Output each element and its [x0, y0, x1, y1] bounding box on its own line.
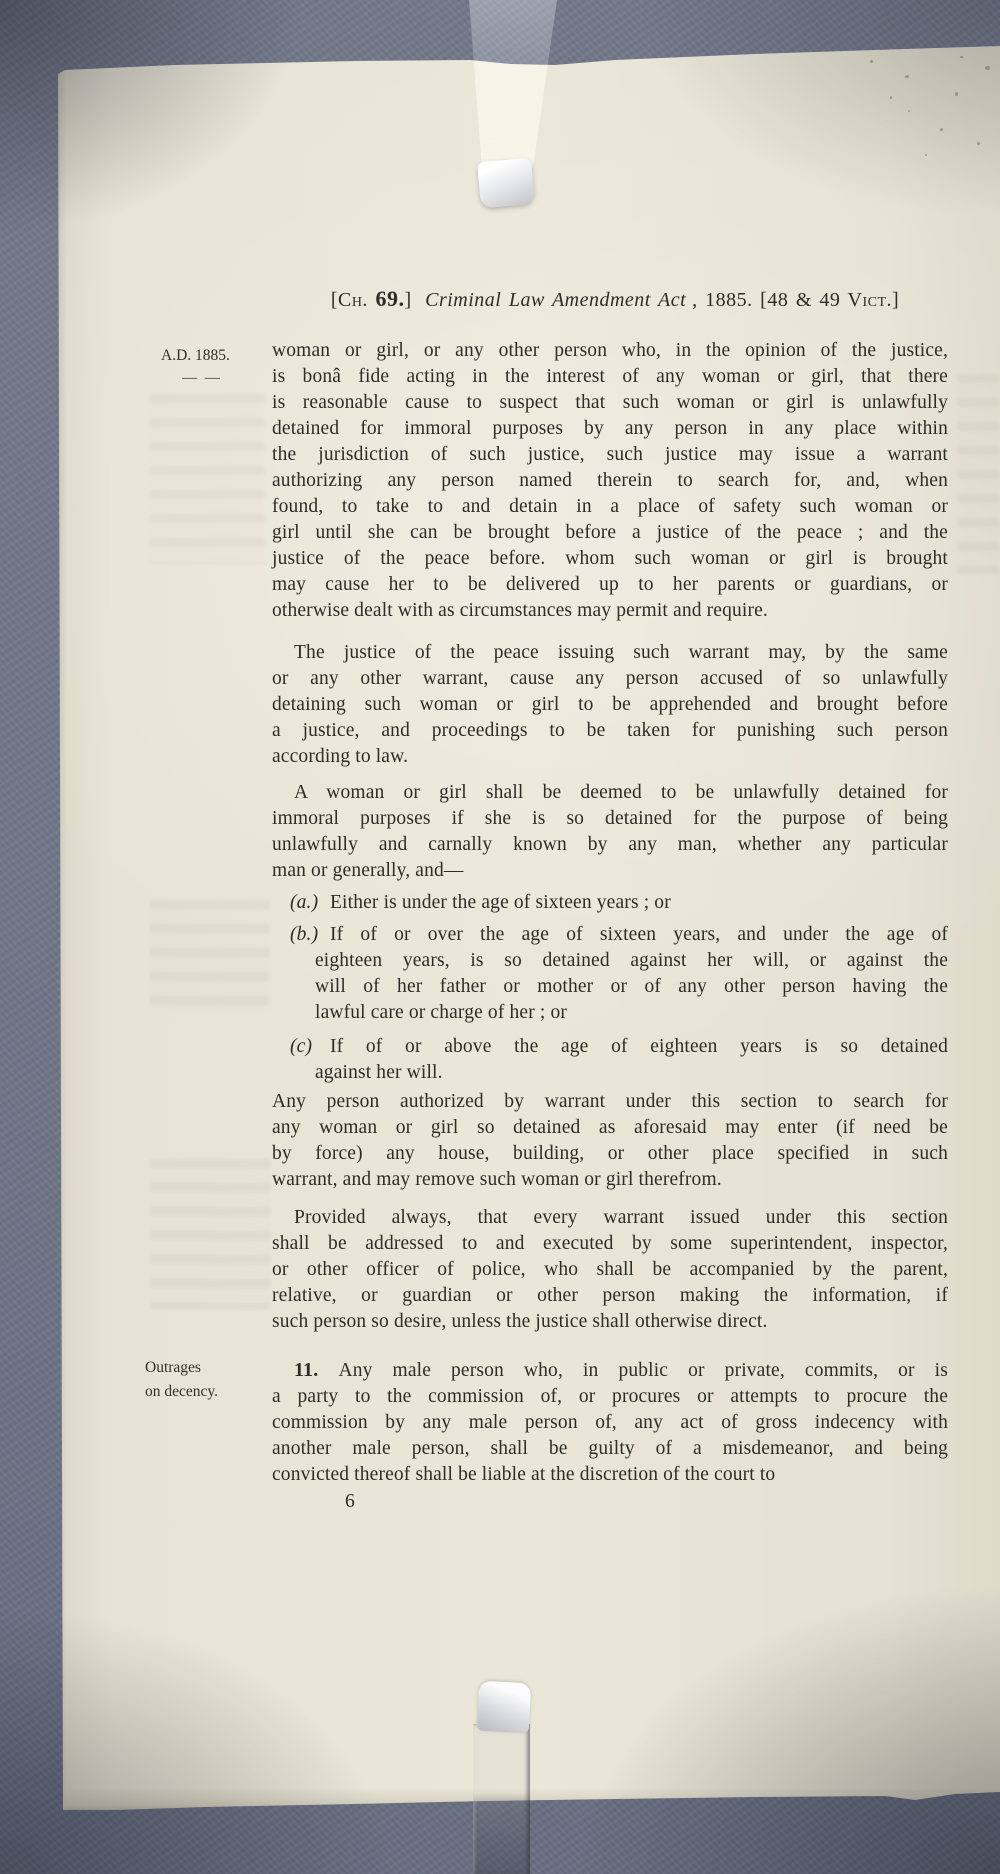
text-line: a party to the commission of, or procure…	[272, 1384, 948, 1410]
foxing-speck	[890, 96, 892, 99]
text-line: (b.)If of or over the age of sixteen yea…	[272, 922, 948, 948]
list-item: (c)If of or above the age of eighteen ye…	[272, 1034, 948, 1086]
chapter-number: 69.	[375, 286, 404, 311]
text-line: The justice of the peace issuing such wa…	[272, 640, 948, 666]
page-number: 6	[345, 1491, 355, 1513]
paragraph: Provided always, that every warrant issu…	[272, 1205, 948, 1335]
paragraph: A woman or girl shall be deemed to be un…	[272, 780, 948, 884]
text-line: convicted thereof shall be liable at the…	[272, 1462, 948, 1488]
text-line: A woman or girl shall be deemed to be un…	[272, 780, 948, 806]
text-line: 11. Any male person who, in public or pr…	[272, 1357, 948, 1384]
text-line: such person so desire, unless the justic…	[272, 1309, 948, 1335]
margin-note-outrages: Outrages on decency.	[145, 1356, 218, 1404]
text-line: (a.)Either is under the age of sixteen y…	[272, 890, 948, 916]
text-line: eighteen years, is so detained against h…	[272, 948, 948, 974]
foxing-speck	[940, 128, 943, 131]
ghost-text-smudge	[150, 1159, 270, 1309]
act-title: Criminal Law Amendment Act	[425, 289, 686, 311]
text-line: detained for immoral purposes by any per…	[272, 416, 948, 442]
item-marker: (c)	[290, 1034, 330, 1060]
text-line: immoral purposes if she is so detained f…	[272, 806, 948, 832]
paragraph: The justice of the peace issuing such wa…	[272, 640, 948, 770]
chapter-bracket: ]	[404, 289, 419, 311]
paragraph: 11. Any male person who, in public or pr…	[272, 1357, 948, 1488]
list-item: (b.)If of or over the age of sixteen yea…	[272, 922, 948, 1026]
text-line: (c)If of or above the age of eighteen ye…	[272, 1034, 948, 1060]
text-line: commission by any male person of, any ac…	[272, 1410, 948, 1436]
strap-clip-bottom	[477, 1681, 532, 1734]
foxing-speck	[985, 66, 990, 70]
text-line: authorizing any person named therein to …	[272, 468, 948, 494]
item-marker: (b.)	[290, 922, 330, 948]
text-line: found, to take to and detain in a place …	[272, 494, 948, 520]
text-line: man or generally, and—	[272, 858, 948, 884]
margin-note-line: Outrages	[145, 1359, 201, 1376]
text-line: may cause her to be delivered up to her …	[272, 572, 948, 598]
text-line: otherwise dealt with as circumstances ma…	[272, 598, 948, 624]
foxing-speck	[955, 92, 958, 96]
foxing-speck	[905, 75, 909, 78]
text-line: Provided always, that every warrant issu…	[272, 1205, 948, 1231]
text-line: any woman or girl so detained as aforesa…	[272, 1115, 948, 1141]
text-line: will of her father or mother or of any o…	[272, 974, 948, 1000]
text-line: against her will.	[272, 1060, 948, 1086]
foxing-speck	[925, 154, 927, 156]
text-line: relative, or guardian or other person ma…	[272, 1283, 948, 1309]
text-line: is reasonable cause to suspect that such…	[272, 390, 948, 416]
text-line: warrant, and may remove such woman or gi…	[272, 1167, 948, 1193]
text-line: or other officer of police, who shall be…	[272, 1257, 948, 1283]
foxing-speck	[960, 56, 963, 58]
text-line: justice of the peace before. whom such w…	[272, 546, 948, 572]
foxing-speck	[870, 60, 873, 63]
paragraph: Any person authorized by warrant under t…	[272, 1089, 948, 1193]
book-strap-bottom	[473, 1724, 530, 1874]
list-item: (a.)Either is under the age of sixteen y…	[272, 890, 948, 916]
text-line: lawful care or charge of her ; or	[272, 1000, 948, 1026]
foxing-speck	[977, 142, 980, 145]
act-year: , 1885.	[692, 289, 760, 311]
document-page: [Ch. 69.] Criminal Law Amendment Act, 18…	[55, 44, 1000, 1814]
strap-clip-top	[477, 158, 535, 209]
text-line: Any person authorized by warrant under t…	[272, 1089, 948, 1115]
ghost-text-smudge	[150, 900, 270, 1010]
chapter-label: [Ch.	[331, 289, 376, 311]
text-line: girl until she can be brought before a j…	[272, 520, 948, 546]
regnal-citation: [48 & 49 Vict.]	[760, 289, 899, 311]
text-line: shall be addressed to and executed by so…	[272, 1231, 948, 1257]
margin-note-date: A.D. 1885. — —	[161, 344, 243, 390]
margin-note-year: A.D. 1885.	[161, 347, 230, 364]
text-line: according to law.	[272, 744, 948, 770]
ghost-text-smudge	[150, 394, 265, 564]
text-line: the jurisdiction of such justice, such j…	[272, 442, 948, 468]
running-head: [Ch. 69.] Criminal Law Amendment Act, 18…	[265, 286, 965, 312]
paragraph: woman or girl, or any other person who, …	[272, 338, 948, 624]
text-line: unlawfully and carnally known by any man…	[272, 832, 948, 858]
section-number: 11.	[294, 1359, 338, 1381]
text-line: or any other warrant, cause any person a…	[272, 666, 948, 692]
text-line: by force) any house, building, or other …	[272, 1141, 948, 1167]
text-line: woman or girl, or any other person who, …	[272, 338, 948, 364]
text-line: is bonâ fide acting in the interest of a…	[272, 364, 948, 390]
text-line: a justice, and proceedings to be taken f…	[272, 718, 948, 744]
text-line: another male person, shall be guilty of …	[272, 1436, 948, 1462]
text-flow: woman or girl, or any other person who, …	[272, 338, 948, 1488]
ghost-text-smudge	[957, 374, 999, 574]
margin-note-line: on decency.	[145, 1383, 218, 1400]
page-stack-edge-left	[55, 68, 67, 1812]
margin-note-rule: — —	[161, 366, 243, 390]
text-line: detaining such woman or girl to be appre…	[272, 692, 948, 718]
item-marker: (a.)	[290, 890, 330, 916]
foxing-speck	[908, 110, 910, 112]
